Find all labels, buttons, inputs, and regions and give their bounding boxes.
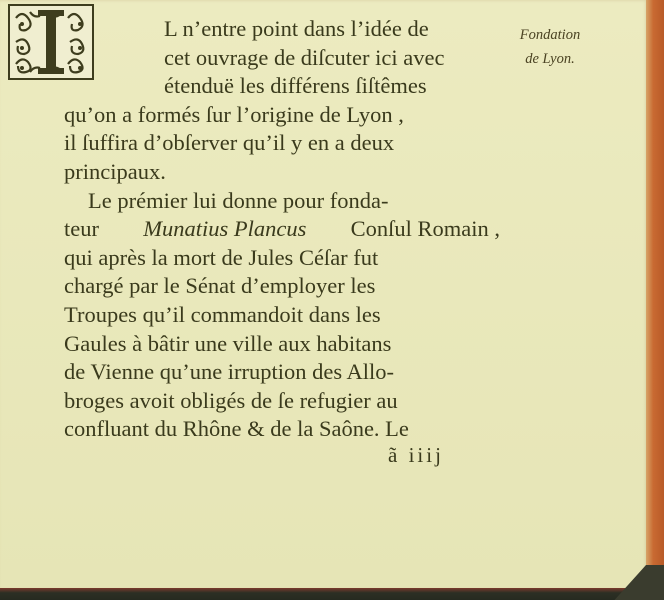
text-line: confluant du Rhône & de la Saône. Le: [64, 415, 500, 444]
line-text: Gaules à bâtir une ville aux habitans: [64, 330, 391, 359]
marginal-note: Fondation de Lyon.: [505, 23, 595, 71]
text-line: de Vienne qu’une irruption des Allo-: [64, 358, 500, 387]
text-line: principaux.: [64, 158, 500, 187]
text-line: Le prémier lui donne pour fonda-: [64, 187, 500, 216]
line-text: Troupes qu’il commandoit dans les: [64, 301, 381, 330]
body-text: L n’entre point dans l’idée de cet ouvra…: [64, 15, 500, 444]
text-line: broges avoit obligés de ſe refugier au: [64, 387, 500, 416]
line-text: principaux.: [64, 158, 166, 187]
line-text: qu’on a formés ſur l’origine de Lyon ,: [64, 101, 404, 130]
text-line: Gaules à bâtir une ville aux habitans: [64, 330, 500, 359]
line-text: il ſuffira d’obſerver qu’il y en a deux: [64, 129, 394, 158]
line-text: de Vienne qu’une irruption des Allo-: [64, 358, 394, 387]
line-text: L n’entre point dans l’idée de: [164, 15, 429, 44]
signature-mark: ã iiij: [388, 443, 444, 468]
line-text: cet ouvrage de diſcuter ici avec: [164, 44, 444, 73]
line-text: Le prémier lui donne pour fonda-: [88, 187, 389, 216]
page-edge: [646, 0, 664, 590]
text-line: teur Munatius Plancus Conſul Romain ,: [64, 215, 500, 244]
text-line: il ſuffira d’obſerver qu’il y en a deux: [64, 129, 500, 158]
book-page: L n’entre point dans l’idée de cet ouvra…: [0, 0, 648, 590]
text-line: qu’on a formés ſur l’origine de Lyon ,: [64, 101, 500, 130]
page-bottom-shadow: [0, 588, 664, 600]
line-text: confluant du Rhône & de la Saône. Le: [64, 415, 409, 444]
line-text: qui après la mort de Jules Céſar fut: [64, 244, 378, 273]
text-line: cet ouvrage de diſcuter ici avec: [64, 44, 500, 73]
text-line: étenduë les différens ſiſtêmes: [64, 72, 500, 101]
text-line: qui après la mort de Jules Céſar fut: [64, 244, 500, 273]
text-line: L n’entre point dans l’idée de: [64, 15, 500, 44]
person-name-italic: Munatius Plancus: [143, 215, 306, 244]
line-text: broges avoit obligés de ſe refugier au: [64, 387, 398, 416]
line-text: chargé par le Sénat d’employer les: [64, 272, 375, 301]
text-line: chargé par le Sénat d’employer les: [64, 272, 500, 301]
line-text: Conſul Romain ,: [351, 215, 500, 244]
line-text: teur: [64, 215, 99, 244]
marginal-note-line: de Lyon.: [505, 47, 595, 71]
marginal-note-line: Fondation: [505, 23, 595, 47]
line-text: étenduë les différens ſiſtêmes: [164, 72, 427, 101]
text-line: Troupes qu’il commandoit dans les: [64, 301, 500, 330]
